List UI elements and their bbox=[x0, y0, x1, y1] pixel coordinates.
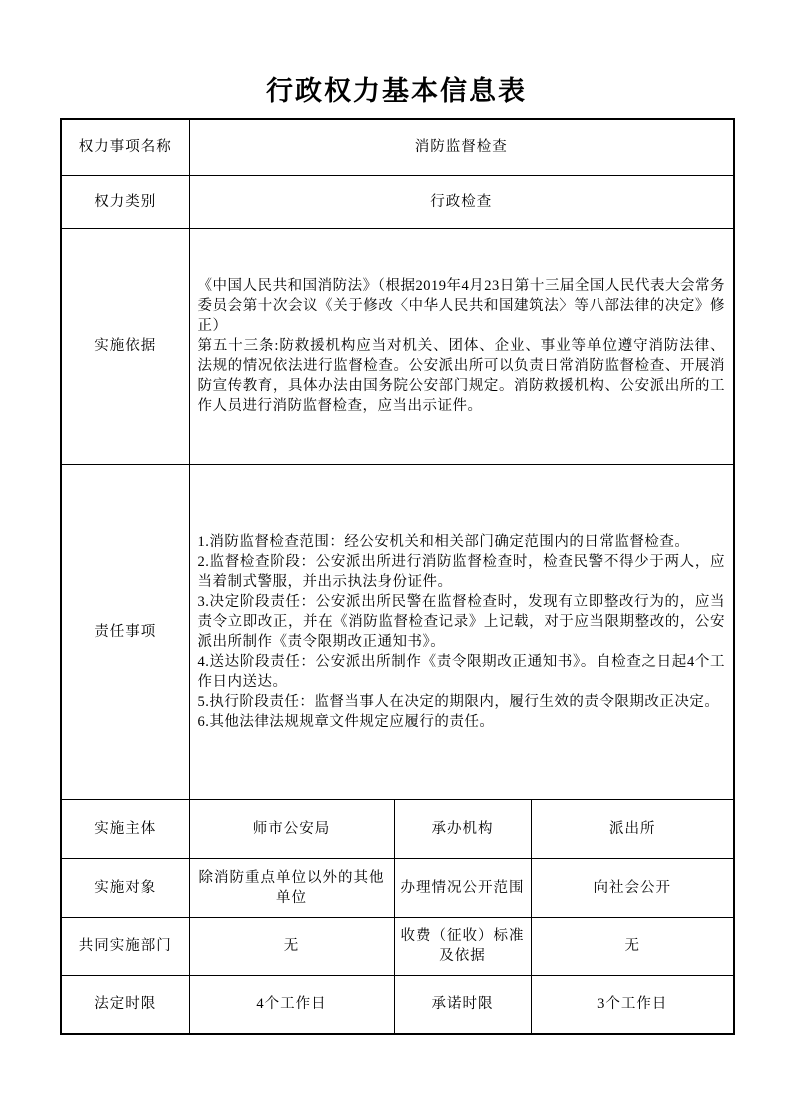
disclosure-scope-label: 办理情况公开范围 bbox=[394, 858, 531, 917]
basis-paragraph: 第五十三条:防救援机构应当对机关、团体、企业、事业等单位遵守消防法律、法规的情况… bbox=[198, 336, 726, 416]
table-row-power-category: 权力类别 行政检查 bbox=[61, 175, 734, 228]
power-name-value: 消防监督检查 bbox=[189, 119, 734, 175]
implementation-target-value: 除消防重点单位以外的其他单位 bbox=[189, 858, 394, 917]
implementing-subject-label: 实施主体 bbox=[61, 799, 189, 858]
promised-time-limit-value: 3个工作日 bbox=[531, 975, 734, 1034]
duty-item: 3.决定阶段责任：公安派出所民警在监督检查时，发现有立即整改行为的，应当责令立即… bbox=[198, 592, 726, 652]
fee-standard-label: 收费（征收）标准及依据 bbox=[394, 917, 531, 975]
basis-paragraph: 《中国人民共和国消防法》（根据2019年4月23日第十三届全国人民代表大会常务委… bbox=[198, 276, 726, 336]
power-category-label: 权力类别 bbox=[61, 175, 189, 228]
implementation-target-label: 实施对象 bbox=[61, 858, 189, 917]
promised-time-limit-label: 承诺时限 bbox=[394, 975, 531, 1034]
joint-departments-value: 无 bbox=[189, 917, 394, 975]
responsibility-items-content: 1.消防监督检查范围：经公安机关和相关部门确定范围内的日常监督检查。 2.监督检… bbox=[189, 464, 734, 799]
table-row-implementation-basis: 实施依据 《中国人民共和国消防法》（根据2019年4月23日第十三届全国人民代表… bbox=[61, 228, 734, 464]
table-row-implementation-target: 实施对象 除消防重点单位以外的其他单位 办理情况公开范围 向社会公开 bbox=[61, 858, 734, 917]
duty-item: 1.消防监督检查范围：经公安机关和相关部门确定范围内的日常监督检查。 bbox=[198, 532, 726, 552]
fee-standard-value: 无 bbox=[531, 917, 734, 975]
duty-item: 6.其他法律法规规章文件规定应履行的责任。 bbox=[198, 712, 726, 732]
document-page: 行政权力基本信息表 权力事项名称 消防监督检查 权力类别 行政检查 实施依据 《… bbox=[0, 0, 794, 1108]
statutory-time-limit-value: 4个工作日 bbox=[189, 975, 394, 1034]
undertaking-agency-label: 承办机构 bbox=[394, 799, 531, 858]
info-table: 权力事项名称 消防监督检查 权力类别 行政检查 实施依据 《中国人民共和国消防法… bbox=[60, 118, 735, 1035]
joint-departments-label: 共同实施部门 bbox=[61, 917, 189, 975]
duty-item: 5.执行阶段责任：监督当事人在决定的期限内，履行生效的责令限期改正决定。 bbox=[198, 692, 726, 712]
table-row-power-name: 权力事项名称 消防监督检查 bbox=[61, 119, 734, 175]
page-title: 行政权力基本信息表 bbox=[60, 74, 733, 108]
power-category-value: 行政检查 bbox=[189, 175, 734, 228]
table-row-implementing-subject: 实施主体 师市公安局 承办机构 派出所 bbox=[61, 799, 734, 858]
table-row-time-limits: 法定时限 4个工作日 承诺时限 3个工作日 bbox=[61, 975, 734, 1034]
duty-item: 2.监督检查阶段：公安派出所进行消防监督检查时，检查民警不得少于两人，应当着制式… bbox=[198, 552, 726, 592]
responsibility-items-label: 责任事项 bbox=[61, 464, 189, 799]
implementing-subject-value: 师市公安局 bbox=[189, 799, 394, 858]
statutory-time-limit-label: 法定时限 bbox=[61, 975, 189, 1034]
table-row-joint-departments: 共同实施部门 无 收费（征收）标准及依据 无 bbox=[61, 917, 734, 975]
implementation-basis-label: 实施依据 bbox=[61, 228, 189, 464]
power-name-label: 权力事项名称 bbox=[61, 119, 189, 175]
disclosure-scope-value: 向社会公开 bbox=[531, 858, 734, 917]
undertaking-agency-value: 派出所 bbox=[531, 799, 734, 858]
duty-item: 4.送达阶段责任：公安派出所制作《责令限期改正通知书》。自检查之日起4个工作日内… bbox=[198, 652, 726, 692]
table-row-responsibility-items: 责任事项 1.消防监督检查范围：经公安机关和相关部门确定范围内的日常监督检查。 … bbox=[61, 464, 734, 799]
implementation-basis-content: 《中国人民共和国消防法》（根据2019年4月23日第十三届全国人民代表大会常务委… bbox=[189, 228, 734, 464]
